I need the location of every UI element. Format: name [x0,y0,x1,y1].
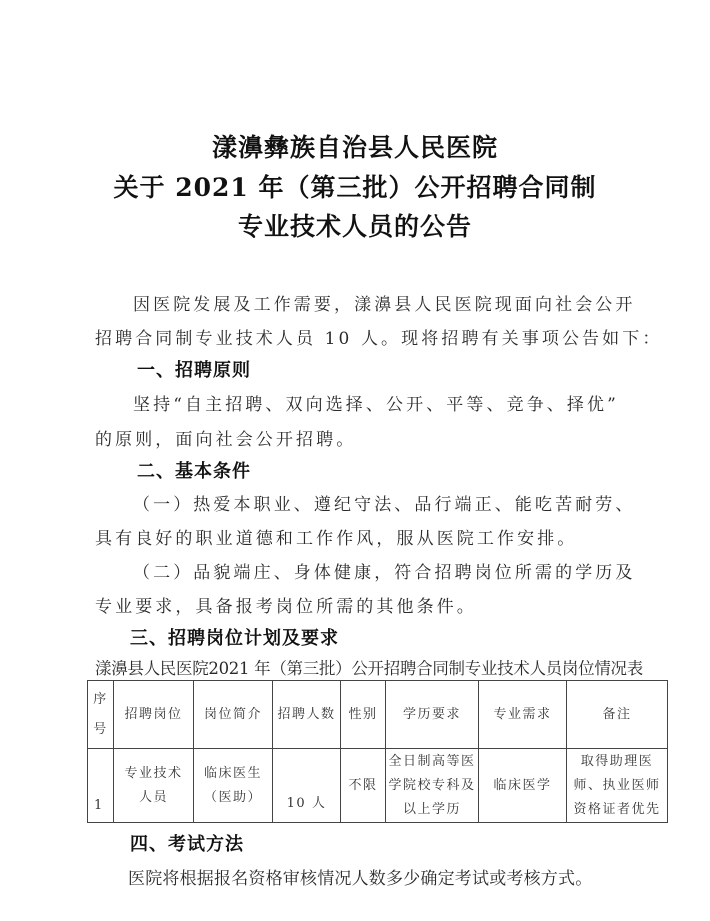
principles-line-2: 的原则，面向社会公开招聘。 [95,425,356,450]
principles-line-1: 坚持“自主招聘、双向选择、公开、平等、竞争、择优” [133,390,619,415]
cell-gender: 不限 [341,749,386,823]
cell-education: 全日制高等医 学院校专科及 以上学历 [386,749,479,823]
section-heading-principles: 一、招聘原则 [137,356,251,382]
header-position: 招聘岗位 [114,681,194,749]
conditions-line-4: 专业要求，具备报考岗位所需的其他条件。 [95,592,477,617]
cell-remarks: 取得助理医 师、执业医师 资格证者优先 [567,749,668,823]
header-seq-top: 序 [90,685,111,715]
exam-line-1: 医院将根据报名资格审核情况人数多少确定考试或考核方式。 [128,864,592,889]
cell-intro-line-1: 临床医生 [196,762,270,786]
header-major: 专业需求 [479,681,567,749]
header-intro: 岗位简介 [194,681,273,749]
conditions-line-2: 具有良好的职业道德和工作作风，服从医院工作安排。 [95,524,577,549]
cell-position-line-2: 人员 [116,786,191,810]
header-seq-bottom: 号 [90,715,111,745]
cell-seq: 1 [88,749,114,823]
cell-education-line-2: 学院校专科及 [388,774,476,798]
cell-count: 10 人 [273,749,341,823]
table-row: 1 专业技术 人员 临床医生 （医助） 10 人 不限 全日制高等医 学院校专科… [88,749,668,823]
title-line-1: 漾濞彝族自治县人民医院 [0,128,710,164]
cell-intro-line-2: （医助） [196,786,270,810]
section-heading-exam: 四、考试方法 [130,830,244,856]
intro-line-2: 招聘合同制专业技术人员 10 人。现将招聘有关事项公告如下： [95,324,662,349]
conditions-line-3: （二）品貌端庄、身体健康，符合招聘岗位所需的学历及 [133,558,636,583]
intro-line-1: 因医院发展及工作需要，漾濞县人民医院现面向社会公开 [133,290,636,315]
table-caption: 漾濞县人民医院2021 年（第三批）公开招聘合同制专业技术人员岗位情况表 [95,655,643,679]
table-header-row: 序 号 招聘岗位 岗位简介 招聘人数 性别 学历要求 专业需求 备注 [88,681,668,749]
header-count: 招聘人数 [273,681,341,749]
header-education: 学历要求 [386,681,479,749]
header-gender: 性别 [341,681,386,749]
cell-intro: 临床医生 （医助） [194,749,273,823]
title-line-3: 专业技术人员的公告 [0,207,710,243]
cell-education-line-3: 以上学历 [388,798,476,822]
header-remarks: 备注 [567,681,668,749]
cell-remarks-line-3: 资格证者优先 [569,798,665,822]
positions-table: 序 号 招聘岗位 岗位简介 招聘人数 性别 学历要求 专业需求 备注 1 专业技… [87,680,668,823]
title-line-2: 关于 2021 年（第三批）公开招聘合同制 [0,168,710,204]
section-heading-conditions: 二、基本条件 [137,457,251,483]
cell-position-line-1: 专业技术 [116,762,191,786]
section-heading-positions: 三、招聘岗位计划及要求 [130,624,339,650]
cell-education-line-1: 全日制高等医 [388,750,476,774]
cell-position: 专业技术 人员 [114,749,194,823]
header-seq: 序 号 [88,681,114,749]
cell-major: 临床医学 [479,749,567,823]
cell-remarks-line-1: 取得助理医 [569,750,665,774]
cell-remarks-line-2: 师、执业医师 [569,774,665,798]
conditions-line-1: （一）热爱本职业、遵纪守法、品行端正、能吃苦耐劳、 [133,490,636,515]
